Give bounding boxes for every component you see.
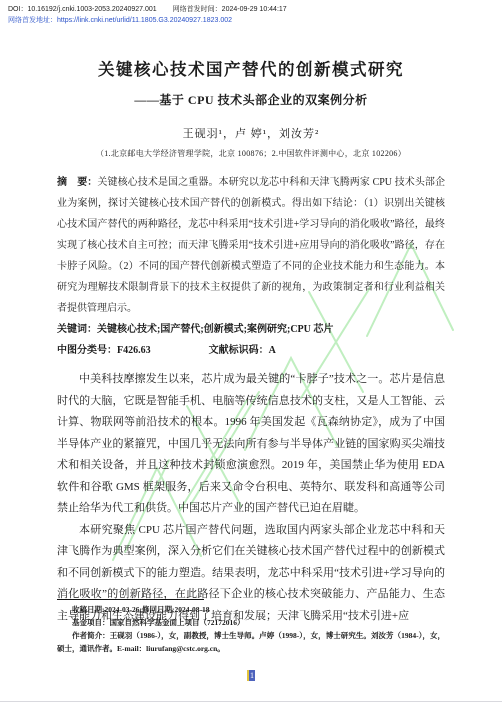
- footnote-funding: 基金项目：国家自然科学基金面上项目（72172016）: [57, 616, 445, 629]
- article-subtitle: ——基于 CPU 技术头部企业的双案例分析: [57, 91, 445, 108]
- footnote-divider: [57, 599, 204, 600]
- page-number: 1: [247, 670, 255, 681]
- doc-code-label: 文献标识码：: [209, 345, 269, 356]
- screenshot-bottom-edge: [0, 701, 502, 702]
- keywords-line: 关键词：关键核心技术;国产替代;创新模式;案例研究;CPU 芯片: [57, 319, 445, 340]
- footnote-block: 收稿日期:2024-03-26;修回日期:2024-08-18 基金项目：国家自…: [57, 599, 445, 655]
- paper-page: DOI：10.16192/j.cnki.1003-2053.20240927.0…: [0, 0, 502, 711]
- authors: 王砚羽¹，卢 婷¹，刘汝芳²: [57, 125, 445, 141]
- abstract-label: 摘 要：: [57, 177, 97, 188]
- keywords-label: 关键词：: [57, 324, 97, 335]
- publish-url-label: 网络首发地址：: [8, 17, 57, 24]
- page-title: 关键核心技术国产替代的创新模式研究: [57, 56, 445, 80]
- clc-value: F426.63: [117, 345, 151, 356]
- article-content: 关键核心技术国产替代的创新模式研究 ——基于 CPU 技术头部企业的双案例分析 …: [57, 0, 445, 627]
- keywords-text: 关键核心技术;国产替代;创新模式;案例研究;CPU 芯片: [97, 324, 333, 335]
- footnote-author-bio: 作者简介：王砚羽（1986-），女，副教授，博士生导师。卢婷（1998-），女，…: [57, 629, 445, 655]
- page-number-row: 1: [0, 665, 502, 683]
- footnote-dates: 收稿日期:2024-03-26;修回日期:2024-08-18: [57, 603, 445, 616]
- body-paragraph-1: 中美科技摩擦发生以来，芯片成为最关键的“卡脖子”技术之一。芯片是信息时代的大脑，…: [57, 369, 445, 520]
- clc-label: 中图分类号：: [57, 345, 117, 356]
- abstract: 摘 要：关键核心技术是国之重器。本研究以龙芯中科和天津飞腾两家 CPU 技术头部…: [57, 172, 445, 319]
- classification-line: 中图分类号：F426.63文献标识码：A: [57, 340, 445, 361]
- abstract-text: 关键核心技术是国之重器。本研究以龙芯中科和天津飞腾两家 CPU 技术头部企业为案…: [57, 177, 445, 314]
- affiliation: （1.北京邮电大学经济管理学院，北京 100876；2.中国软件评测中心，北京 …: [57, 148, 445, 159]
- doc-code-value: A: [269, 345, 276, 356]
